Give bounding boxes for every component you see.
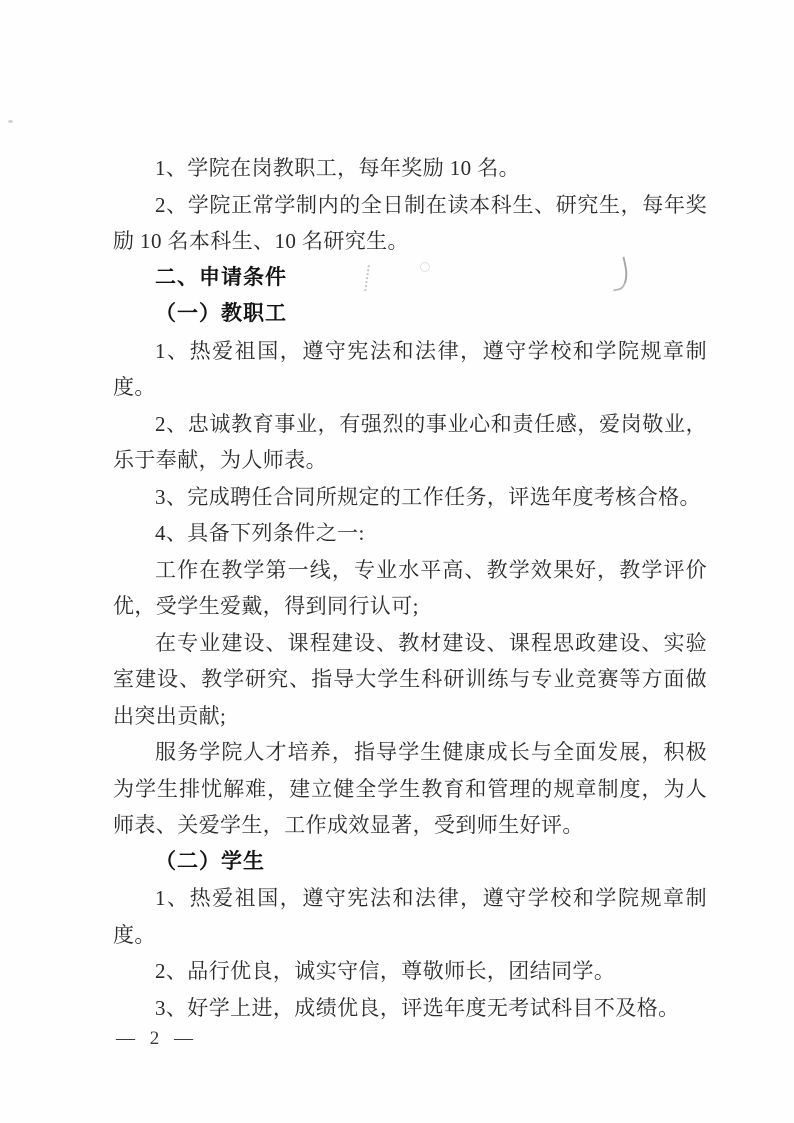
paragraph: 3、完成聘任合同所规定的工作任务，评选年度考核合格。 [113,479,707,516]
paragraph: 2、学院正常学制内的全日制在读本科生、研究生，每年奖励 10 名本科生、10 名… [113,187,707,260]
section-heading: 二、申请条件 [113,260,707,297]
paragraph: 在专业建设、课程建设、教材建设、课程思政建设、实验室建设、教学研究、指导大学生科… [113,625,707,735]
scan-artifact [8,120,13,123]
page-number: — 2 — [116,1028,198,1050]
paragraph: 服务学院人才培养，指导学生健康成长与全面发展，积极为学生排忧解难，建立健全学生教… [113,734,707,844]
paragraph: 2、忠诚教育事业，有强烈的事业心和责任感，爱岗敬业，乐于奉献，为人师表。 [113,406,707,479]
document-body: 1、学院在岗教职工，每年奖励 10 名。 2、学院正常学制内的全日制在读本科生、… [113,150,707,1026]
paragraph: 4、具备下列条件之一: [113,515,707,552]
document-page: 1、学院在岗教职工，每年奖励 10 名。 2、学院正常学制内的全日制在读本科生、… [0,0,794,1123]
subsection-heading: （二）学生 [113,844,707,881]
paragraph: 1、学院在岗教职工，每年奖励 10 名。 [113,150,707,187]
paragraph: 2、品行优良，诚实守信，尊敬师长，团结同学。 [113,953,707,990]
paragraph: 3、好学上进，成绩优良，评选年度无考试科目不及格。 [113,990,707,1027]
subsection-heading: （一）教职工 [113,296,707,333]
paragraph: 1、热爱祖国，遵守宪法和法律，遵守学校和学院规章制度。 [113,333,707,406]
paragraph: 工作在教学第一线，专业水平高、教学效果好，教学评价优，受学生爱戴，得到同行认可; [113,552,707,625]
paragraph: 1、热爱祖国，遵守宪法和法律，遵守学校和学院规章制度。 [113,880,707,953]
